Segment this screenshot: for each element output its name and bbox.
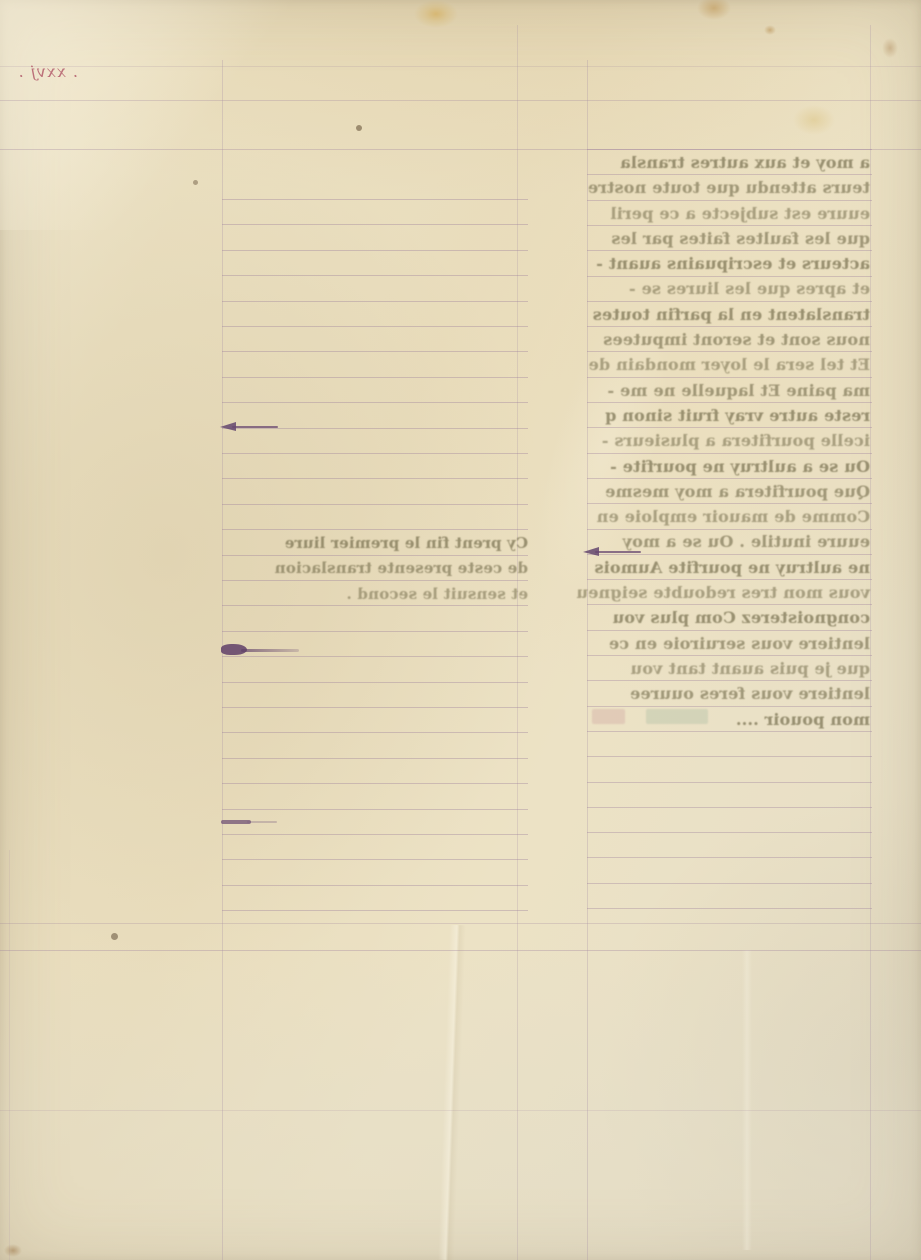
ruled-line-horizontal bbox=[587, 756, 872, 757]
showthrough-line: reste autre vray fruit sinon q bbox=[589, 403, 870, 428]
ruled-line-horizontal bbox=[222, 351, 528, 352]
ink-mark-head bbox=[221, 820, 251, 824]
stain bbox=[356, 125, 362, 131]
stain bbox=[697, 0, 731, 20]
showthrough-line: ne aultruy ne pourfite Aumois bbox=[589, 555, 870, 580]
ruled-line-horizontal bbox=[222, 402, 528, 403]
ruled-line-horizontal bbox=[587, 807, 872, 808]
parchment-highlight bbox=[0, 0, 360, 230]
stain bbox=[882, 38, 898, 58]
ink-mark-head bbox=[220, 422, 236, 431]
ruled-line-horizontal bbox=[222, 504, 528, 505]
ruled-line-horizontal bbox=[587, 908, 872, 909]
stain bbox=[4, 1244, 22, 1257]
ruled-line-horizontal bbox=[222, 809, 528, 810]
ruled-line-horizontal bbox=[222, 834, 528, 835]
showthrough-line: et sensuit le second . bbox=[283, 582, 528, 607]
ink-mark-tail bbox=[232, 426, 278, 428]
ruled-line-horizontal bbox=[587, 832, 872, 833]
ruled-line-horizontal bbox=[222, 377, 528, 378]
ruled-line-horizontal bbox=[222, 859, 528, 860]
showthrough-line: vous mon tres redoubte seigneu bbox=[589, 580, 870, 605]
ink-mark-tail bbox=[241, 649, 299, 652]
showthrough-line: Comme de mauoir emploie en bbox=[589, 504, 870, 529]
showthrough-line: Cy prent fin le premier liure bbox=[283, 531, 528, 556]
showthrough-line: que les faultes faites par les bbox=[589, 226, 870, 251]
parchment-lower-tone bbox=[0, 940, 921, 1260]
ruled-line-horizontal bbox=[222, 682, 528, 683]
folio-number-showthrough: . xxvj . bbox=[8, 62, 78, 81]
showthrough-line: a moy et aux autres transla bbox=[589, 150, 870, 175]
ink-mark-head bbox=[221, 644, 247, 655]
showthrough-line: et apres que les liures se - bbox=[589, 276, 870, 301]
ruled-line-horizontal bbox=[222, 910, 528, 911]
ruled-line-horizontal bbox=[222, 275, 528, 276]
showthrough-right-column: a moy et aux autres translateurs attendu… bbox=[589, 150, 870, 732]
ruled-line-horizontal bbox=[587, 857, 872, 858]
stain bbox=[793, 105, 835, 135]
showthrough-line: euure inutile . Ou se a moy bbox=[589, 529, 870, 554]
line-filler-showthrough bbox=[646, 709, 708, 724]
ruled-line-horizontal bbox=[0, 923, 921, 924]
ruled-line-horizontal bbox=[222, 478, 528, 479]
showthrough-line: que je puis auant tant vou bbox=[589, 656, 870, 681]
ruled-line-horizontal bbox=[222, 656, 528, 657]
stain bbox=[764, 25, 776, 35]
showthrough-explicit: Cy prent fin le premier liurede ceste pr… bbox=[283, 531, 528, 607]
showthrough-line: teurs attendu que toute nostre bbox=[589, 175, 870, 200]
ruled-line-horizontal bbox=[222, 758, 528, 759]
ruled-line-horizontal bbox=[587, 883, 872, 884]
ruled-line-horizontal bbox=[222, 250, 528, 251]
ink-mark-tail bbox=[247, 821, 277, 823]
ruled-line-horizontal bbox=[222, 301, 528, 302]
showthrough-line: euure est subjecte a ce peril bbox=[589, 201, 870, 226]
ruled-line-horizontal bbox=[222, 453, 528, 454]
showthrough-line: icelle pourfitera a plusieurs - bbox=[589, 428, 870, 453]
ruled-line-horizontal bbox=[587, 782, 872, 783]
stain bbox=[193, 180, 198, 185]
ruled-line-horizontal bbox=[222, 885, 528, 886]
stain bbox=[111, 933, 118, 940]
stain bbox=[414, 0, 458, 28]
showthrough-line: lentiere vous seruiroie en ce bbox=[589, 631, 870, 656]
ruled-line-horizontal bbox=[222, 783, 528, 784]
showthrough-line: translatent en la parfin toutes bbox=[589, 302, 870, 327]
showthrough-line: Et tel sera le loyer mondain de bbox=[589, 352, 870, 377]
showthrough-line: Que pourfitera a moy mesme bbox=[589, 479, 870, 504]
ruled-line-horizontal bbox=[222, 732, 528, 733]
showthrough-line: nous sont et seront imputees bbox=[589, 327, 870, 352]
ruled-line-horizontal bbox=[222, 326, 528, 327]
ruled-line-horizontal bbox=[222, 428, 528, 429]
showthrough-line: lentiere vous feres ouuree bbox=[589, 681, 870, 706]
showthrough-line: ma paine Et laquelle ne me - bbox=[589, 378, 870, 403]
showthrough-line: de ceste presente translacion bbox=[283, 556, 528, 581]
ruled-line-horizontal bbox=[222, 707, 528, 708]
showthrough-line: congnoisterez Com plus vou bbox=[589, 605, 870, 630]
showthrough-line: mon pouoir .... bbox=[589, 707, 870, 732]
showthrough-line: acteurs et escripuains auant - bbox=[589, 251, 870, 276]
line-filler-showthrough bbox=[592, 709, 625, 724]
showthrough-line: Ou se a aultruy ne pourfite - bbox=[589, 454, 870, 479]
ruled-line-horizontal bbox=[222, 631, 528, 632]
manuscript-page: . xxvj . a moy et aux autres translateur… bbox=[0, 0, 921, 1260]
